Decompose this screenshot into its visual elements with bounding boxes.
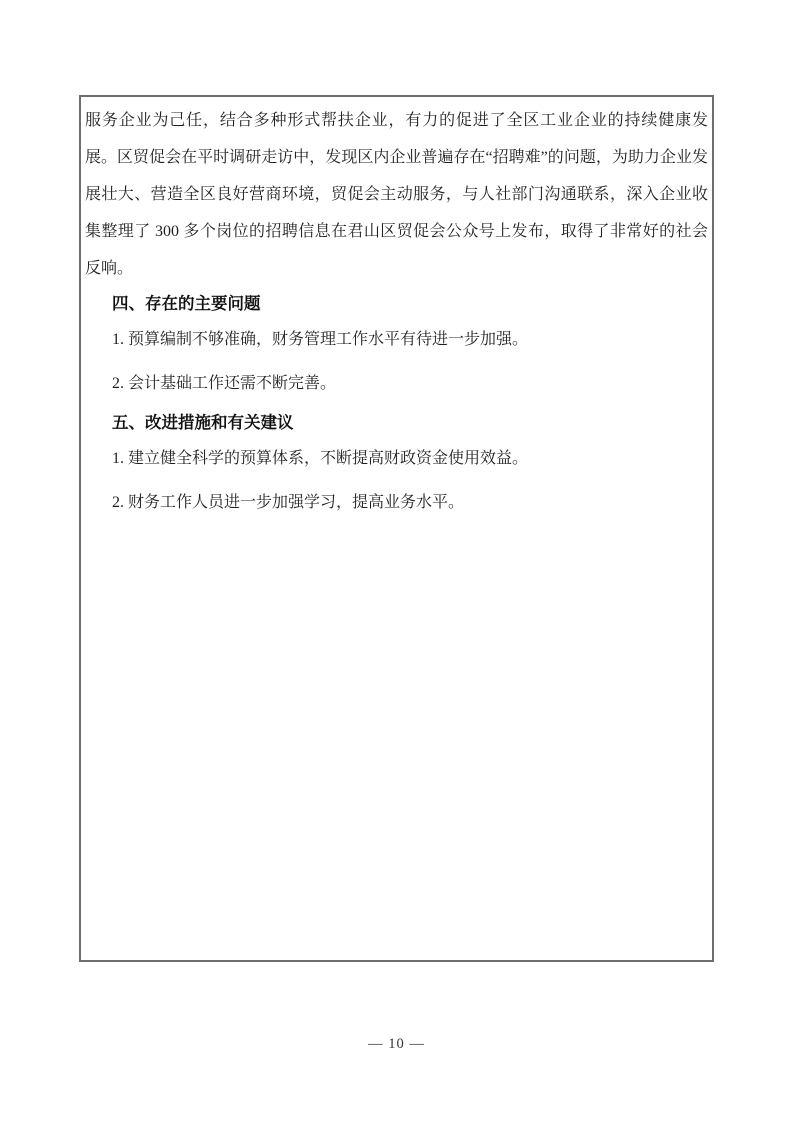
section-heading-problems: 四、存在的主要问题 bbox=[112, 290, 708, 318]
page-number: — 10 — bbox=[0, 1036, 793, 1053]
content-border-box: 服务企业为己任，结合多种形式帮扶企业，有力的促进了全区工业企业的持续健康发展。区… bbox=[79, 95, 714, 962]
list-item: 2. 会计基础工作还需不断完善。 bbox=[112, 365, 708, 402]
list-item: 2. 财务工作人员进一步加强学习，提高业务水平。 bbox=[112, 484, 708, 521]
body-paragraph: 服务企业为己任，结合多种形式帮扶企业，有力的促进了全区工业企业的持续健康发展。区… bbox=[85, 102, 708, 287]
section-heading-improvements: 五、改进措施和有关建议 bbox=[112, 409, 708, 437]
document-page: 服务企业为己任，结合多种形式帮扶企业，有力的促进了全区工业企业的持续健康发展。区… bbox=[0, 0, 793, 1122]
list-item: 1. 预算编制不够准确，财务管理工作水平有待进一步加强。 bbox=[112, 321, 708, 358]
list-item: 1. 建立健全科学的预算体系，不断提高财政资金使用效益。 bbox=[112, 440, 708, 477]
